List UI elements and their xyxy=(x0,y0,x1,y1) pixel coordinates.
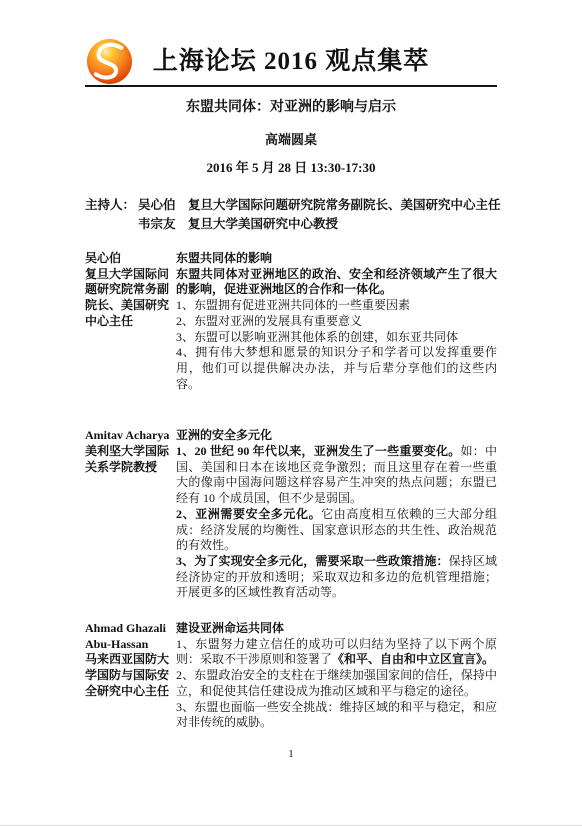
point-bold-text: 《和平、自由和中立区宣言》。 xyxy=(332,652,494,666)
topic-title: 亚洲的安全多元化 xyxy=(176,428,497,444)
point: 1、20 世纪 90 年代以来，亚洲发生了一些重要变化。如：中国、美国和日本在该… xyxy=(176,444,497,507)
point-text: 4、拥有伟大梦想和愿景的知识分子和学者可以发挥重要作用，他们可以提供解决办法，并… xyxy=(176,345,497,390)
point-text: 2、东盟政治安全的支柱在于继续加强国家间的信任，保持中立，和促使其信任建设成为推… xyxy=(176,668,497,698)
topic-title: 东盟共同体的影响 xyxy=(176,251,497,267)
point: 2、东盟政治安全的支柱在于继续加强国家间的信任，保持中立，和促使其信任建设成为推… xyxy=(176,668,497,699)
moderators-label-spacer xyxy=(85,215,138,234)
point: 1、东盟拥有促进亚洲共同体的一些重要因素 xyxy=(176,298,497,314)
point: 4、拥有伟大梦想和愿景的知识分子和学者可以发挥重要作用，他们可以提供解决办法，并… xyxy=(176,345,497,392)
point-text: 1、东盟拥有促进亚洲共同体的一些重要因素 xyxy=(176,298,410,312)
moderators-label: 主持人： xyxy=(85,196,138,215)
moderator-name: 韦宗友 xyxy=(138,215,188,234)
moderator-name: 吴心伯 xyxy=(138,196,188,215)
speaker-affiliation: 复旦大学国际问题研究院常务副院长、美国研究中心主任 xyxy=(85,267,176,330)
moderator-title: 复旦大学美国研究中心教授 xyxy=(188,215,497,234)
speaker-remarks: 亚洲的安全多元化 1、20 世纪 90 年代以来，亚洲发生了一些重要变化。如：中… xyxy=(176,428,497,601)
speaker-affiliation: 美利坚大学国际关系学院教授 xyxy=(85,444,176,475)
topic-lead: 东盟共同体对亚洲地区的政治、安全和经济领域产生了很大的影响，促进亚洲地区的合作和… xyxy=(176,267,497,298)
point-bold-text: 3、为了实现安全多元化，需要采取一些政策措施： xyxy=(176,554,449,568)
session-title: 东盟共同体：对亚洲的影响与启示 xyxy=(85,96,497,116)
speaker-name: Amitav Acharya xyxy=(85,428,176,444)
speaker-name: 吴心伯 xyxy=(85,251,176,267)
speaker-remarks: 建设亚洲命运共同体 1、东盟努力建立信任的成功可以归结为坚持了以下两个原则：采取… xyxy=(176,621,497,731)
point: 3、为了实现安全多元化，需要采取一些政策措施：保持区域经济协定的开放和透明；采取… xyxy=(176,554,497,601)
point-text: 2、东盟对亚洲的发展具有重要意义 xyxy=(176,314,362,328)
header-divider xyxy=(85,85,497,87)
point: 3、东盟可以影响亚洲其他体系的创建，如东亚共同体 xyxy=(176,330,497,346)
document-header: 上海论坛 2016 观点集萃 xyxy=(85,38,497,85)
point: 3、东盟也面临一些安全挑战：维持区域的和平与稳定，和应对非传统的威胁。 xyxy=(176,700,497,731)
moderator-row: 主持人： 吴心伯 复旦大学国际问题研究院常务副院长、美国研究中心主任 xyxy=(85,196,497,215)
speaker-block: Ahmad Ghazali Abu-Hassan 马来西亚国防大学国防与国际安全… xyxy=(85,621,497,731)
speaker-identity: Amitav Acharya 美利坚大学国际关系学院教授 xyxy=(85,428,176,601)
point-text: 3、东盟也面临一些安全挑战：维持区域的和平与稳定，和应对非传统的威胁。 xyxy=(176,700,497,730)
speaker-remarks: 东盟共同体的影响 东盟共同体对亚洲地区的政治、安全和经济领域产生了很大的影响，促… xyxy=(176,251,497,392)
document-page: 上海论坛 2016 观点集萃 东盟共同体：对亚洲的影响与启示 高端圆桌 2016… xyxy=(0,0,582,826)
document-title: 上海论坛 2016 观点集萃 xyxy=(85,38,497,85)
shanghai-forum-logo-icon xyxy=(86,38,133,85)
moderators-block: 主持人： 吴心伯 复旦大学国际问题研究院常务副院长、美国研究中心主任 韦宗友 复… xyxy=(85,196,497,234)
point-text: 3、东盟可以影响亚洲其他体系的创建，如东亚共同体 xyxy=(176,330,458,344)
speaker-block: Amitav Acharya 美利坚大学国际关系学院教授 亚洲的安全多元化 1、… xyxy=(85,428,497,601)
page-number: 1 xyxy=(0,748,582,760)
speaker-identity: Ahmad Ghazali Abu-Hassan 马来西亚国防大学国防与国际安全… xyxy=(85,621,176,731)
point: 2、亚洲需要安全多元化。它由高度相互依赖的三大部分组成：经济发展的均衡性、国家意… xyxy=(176,507,497,554)
point: 2、东盟对亚洲的发展具有重要意义 xyxy=(176,314,497,330)
point-bold-text: 2、亚洲需要安全多元化。 xyxy=(176,507,321,521)
session-format: 高端圆桌 xyxy=(85,129,497,148)
point: 1、东盟努力建立信任的成功可以归结为坚持了以下两个原则：采取不干涉原则和签署了《… xyxy=(176,637,497,668)
speaker-name: Ahmad Ghazali Abu-Hassan xyxy=(85,621,176,652)
speaker-identity: 吴心伯 复旦大学国际问题研究院常务副院长、美国研究中心主任 xyxy=(85,251,176,392)
moderator-title: 复旦大学国际问题研究院常务副院长、美国研究中心主任 xyxy=(188,196,501,215)
speaker-affiliation: 马来西亚国防大学国防与国际安全研究中心主任 xyxy=(85,652,176,699)
session-datetime: 2016 年 5 月 28 日 13:30-17:30 xyxy=(85,157,497,176)
topic-title: 建设亚洲命运共同体 xyxy=(176,621,497,637)
speaker-block: 吴心伯 复旦大学国际问题研究院常务副院长、美国研究中心主任 东盟共同体的影响 东… xyxy=(85,251,497,392)
moderator-row: 韦宗友 复旦大学美国研究中心教授 xyxy=(85,215,497,234)
point-bold-text: 1、20 世纪 90 年代以来，亚洲发生了一些重要变化。 xyxy=(176,444,461,458)
